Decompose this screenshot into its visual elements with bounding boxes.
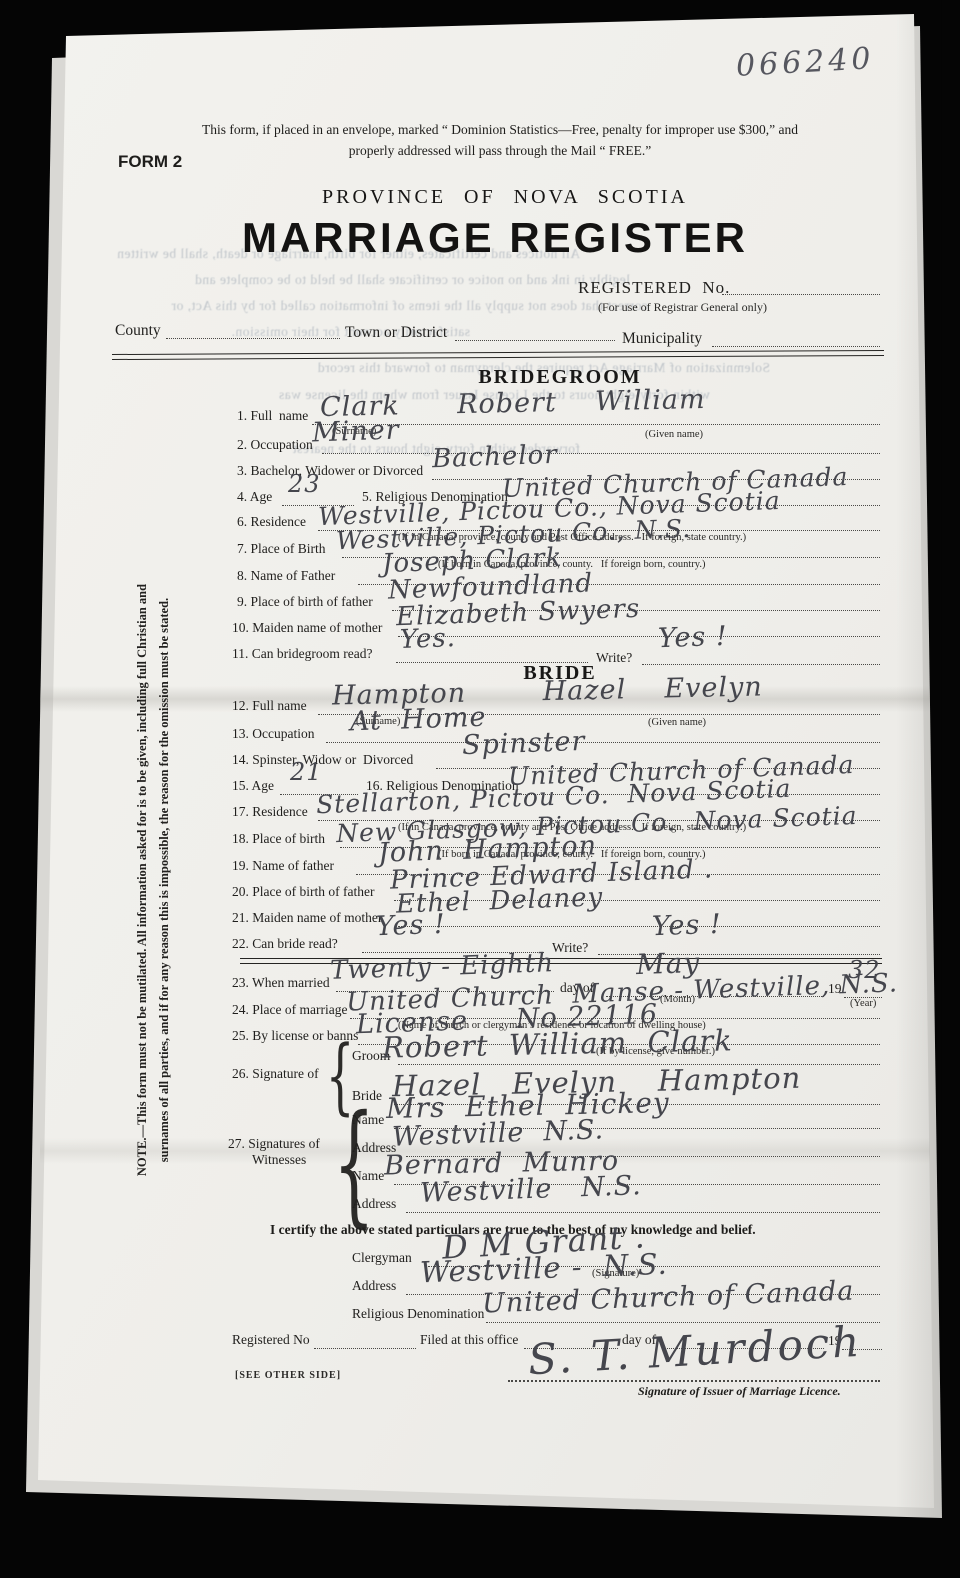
bridegroom-section-title: BRIDEGROOM [0, 366, 960, 389]
field-label-bride-occupation: 13. Occupation [232, 726, 314, 742]
field-label-occupation: 2. Occupation [237, 437, 313, 453]
field-label-father: 8. Name of Father [237, 568, 335, 584]
margin-note: NOTE.—This form must not be mutilated. A… [132, 1210, 792, 1254]
groom-status-handwriting: Bachelor [432, 442, 559, 472]
mail-instruction-line1: This form, if placed in an envelope, mar… [170, 120, 830, 141]
field-label-signature-of: 26. Signature of [232, 1066, 319, 1082]
field-label-when-married: 23. When married [232, 975, 330, 991]
dotted-line [398, 636, 880, 637]
dotted-line [326, 742, 880, 743]
field-label-bride-mother: 21. Maiden name of mother [232, 910, 382, 926]
field-label-bride-age: 15. Age [232, 778, 274, 794]
groom-age-handwriting: 23 [288, 472, 321, 496]
clergy-address-handwriting: Westville - N.S. [420, 1250, 669, 1288]
field-label-full-name: 1. Full name [237, 408, 308, 424]
dotted-line [508, 1380, 880, 1382]
groom-read-handwriting: Yes. [400, 625, 457, 653]
municipality-label: Municipality [622, 330, 702, 348]
field-label-bride-name: 12. Full name [232, 698, 307, 714]
issuer-signature-label: Signature of Issuer of Marriage Licence. [638, 1384, 841, 1399]
field-label-bachelor: 3. Bachelor, Widower or Divorced [237, 463, 423, 479]
registrar-only-note: (For use of Registrar General only) [598, 300, 767, 315]
field-label-bride-residence: 17. Residence [232, 804, 308, 820]
form-number: FORM 2 [118, 152, 182, 172]
dotted-line [314, 1348, 416, 1349]
dotted-line [712, 346, 880, 347]
field-label-mother: 10. Maiden name of mother [232, 620, 382, 636]
registered-no-label: REGISTERED No. [578, 278, 730, 298]
groom-write-handwriting: Yes ! [658, 623, 729, 652]
county-label: County [115, 322, 161, 340]
field-label-residence: 6. Residence [237, 514, 306, 530]
clergy-denomination-label: Religious Denomination [352, 1306, 484, 1322]
margin-note-line1: NOTE.—This form must not be mutilated. A… [132, 550, 154, 1210]
field-label-birthplace: 7. Place of Birth [237, 541, 325, 557]
groom-occupation-handwriting: Miner [312, 416, 400, 446]
field-label-bride-father: 19. Name of father [232, 858, 334, 874]
write-label: Write? [552, 940, 588, 956]
dotted-line [166, 338, 340, 339]
field-label-bride-father-birthplace: 20. Place of birth of father [232, 884, 374, 900]
margin-note-line2: surnames of all parties, and if for any … [154, 550, 176, 1210]
field-label-age: 4. Age [237, 489, 272, 505]
bleedthrough-line: correct that does not supply all the ite… [128, 298, 648, 314]
mail-instruction: This form, if placed in an envelope, mar… [170, 120, 830, 162]
field-label-place-of-marriage: 24. Place of marriage [232, 1002, 347, 1018]
given-name-sublabel: (Given name) [645, 429, 703, 440]
filed-at-office-label: Filed at this office [420, 1332, 518, 1348]
field-label-witnesses-2: Witnesses [252, 1152, 306, 1168]
clergy-address-label: Address [352, 1278, 396, 1294]
field-label-bride-birthplace: 18. Place of birth [232, 831, 325, 847]
bleedthrough-line: legibly in ink and no notice or certific… [150, 272, 630, 288]
town-district-label: Town or District [345, 324, 447, 342]
serial-number-handwritten: 066240 [735, 44, 875, 82]
see-other-side-note: [SEE OTHER SIDE] [235, 1370, 341, 1381]
bride-read-handwriting: Yes ! [376, 911, 447, 940]
marriage-day-handwriting: Twenty - Eighth [330, 950, 555, 984]
bride-age-handwriting: 21 [290, 760, 323, 784]
witness1-name-label: Name [352, 1112, 384, 1128]
scanned-marriage-register: All notices and certificates, either for… [0, 0, 960, 1578]
field-label-father-birthplace: 9. Place of birth of father [237, 594, 373, 610]
dotted-line [322, 453, 880, 454]
main-title: MARRIAGE REGISTER [0, 214, 960, 262]
given-name-sublabel: (Given name) [648, 717, 706, 728]
field-label-can-read: 11. Can bridegroom read? [232, 646, 372, 662]
groom-signature-handwriting: Robert William Clark [382, 1026, 733, 1062]
dotted-line [722, 294, 880, 295]
dotted-line [455, 340, 615, 341]
mail-instruction-line2: properly addressed will pass through the… [170, 141, 830, 162]
province-title: PROVINCE OF NOVA SCOTIA [0, 186, 960, 209]
witness2-address-handwriting: Westville N.S. [420, 1172, 643, 1207]
dotted-line [398, 926, 880, 927]
witness2-name-label: Name [352, 1168, 384, 1184]
registered-no-footer-label: Registered No [232, 1332, 310, 1348]
bride-status-handwriting: Spinster [462, 728, 586, 759]
field-label-witnesses-1: 27. Signatures of [228, 1136, 320, 1152]
bride-write-handwriting: Yes ! [652, 911, 723, 940]
field-label-bride-can-read: 22. Can bride read? [232, 936, 338, 952]
